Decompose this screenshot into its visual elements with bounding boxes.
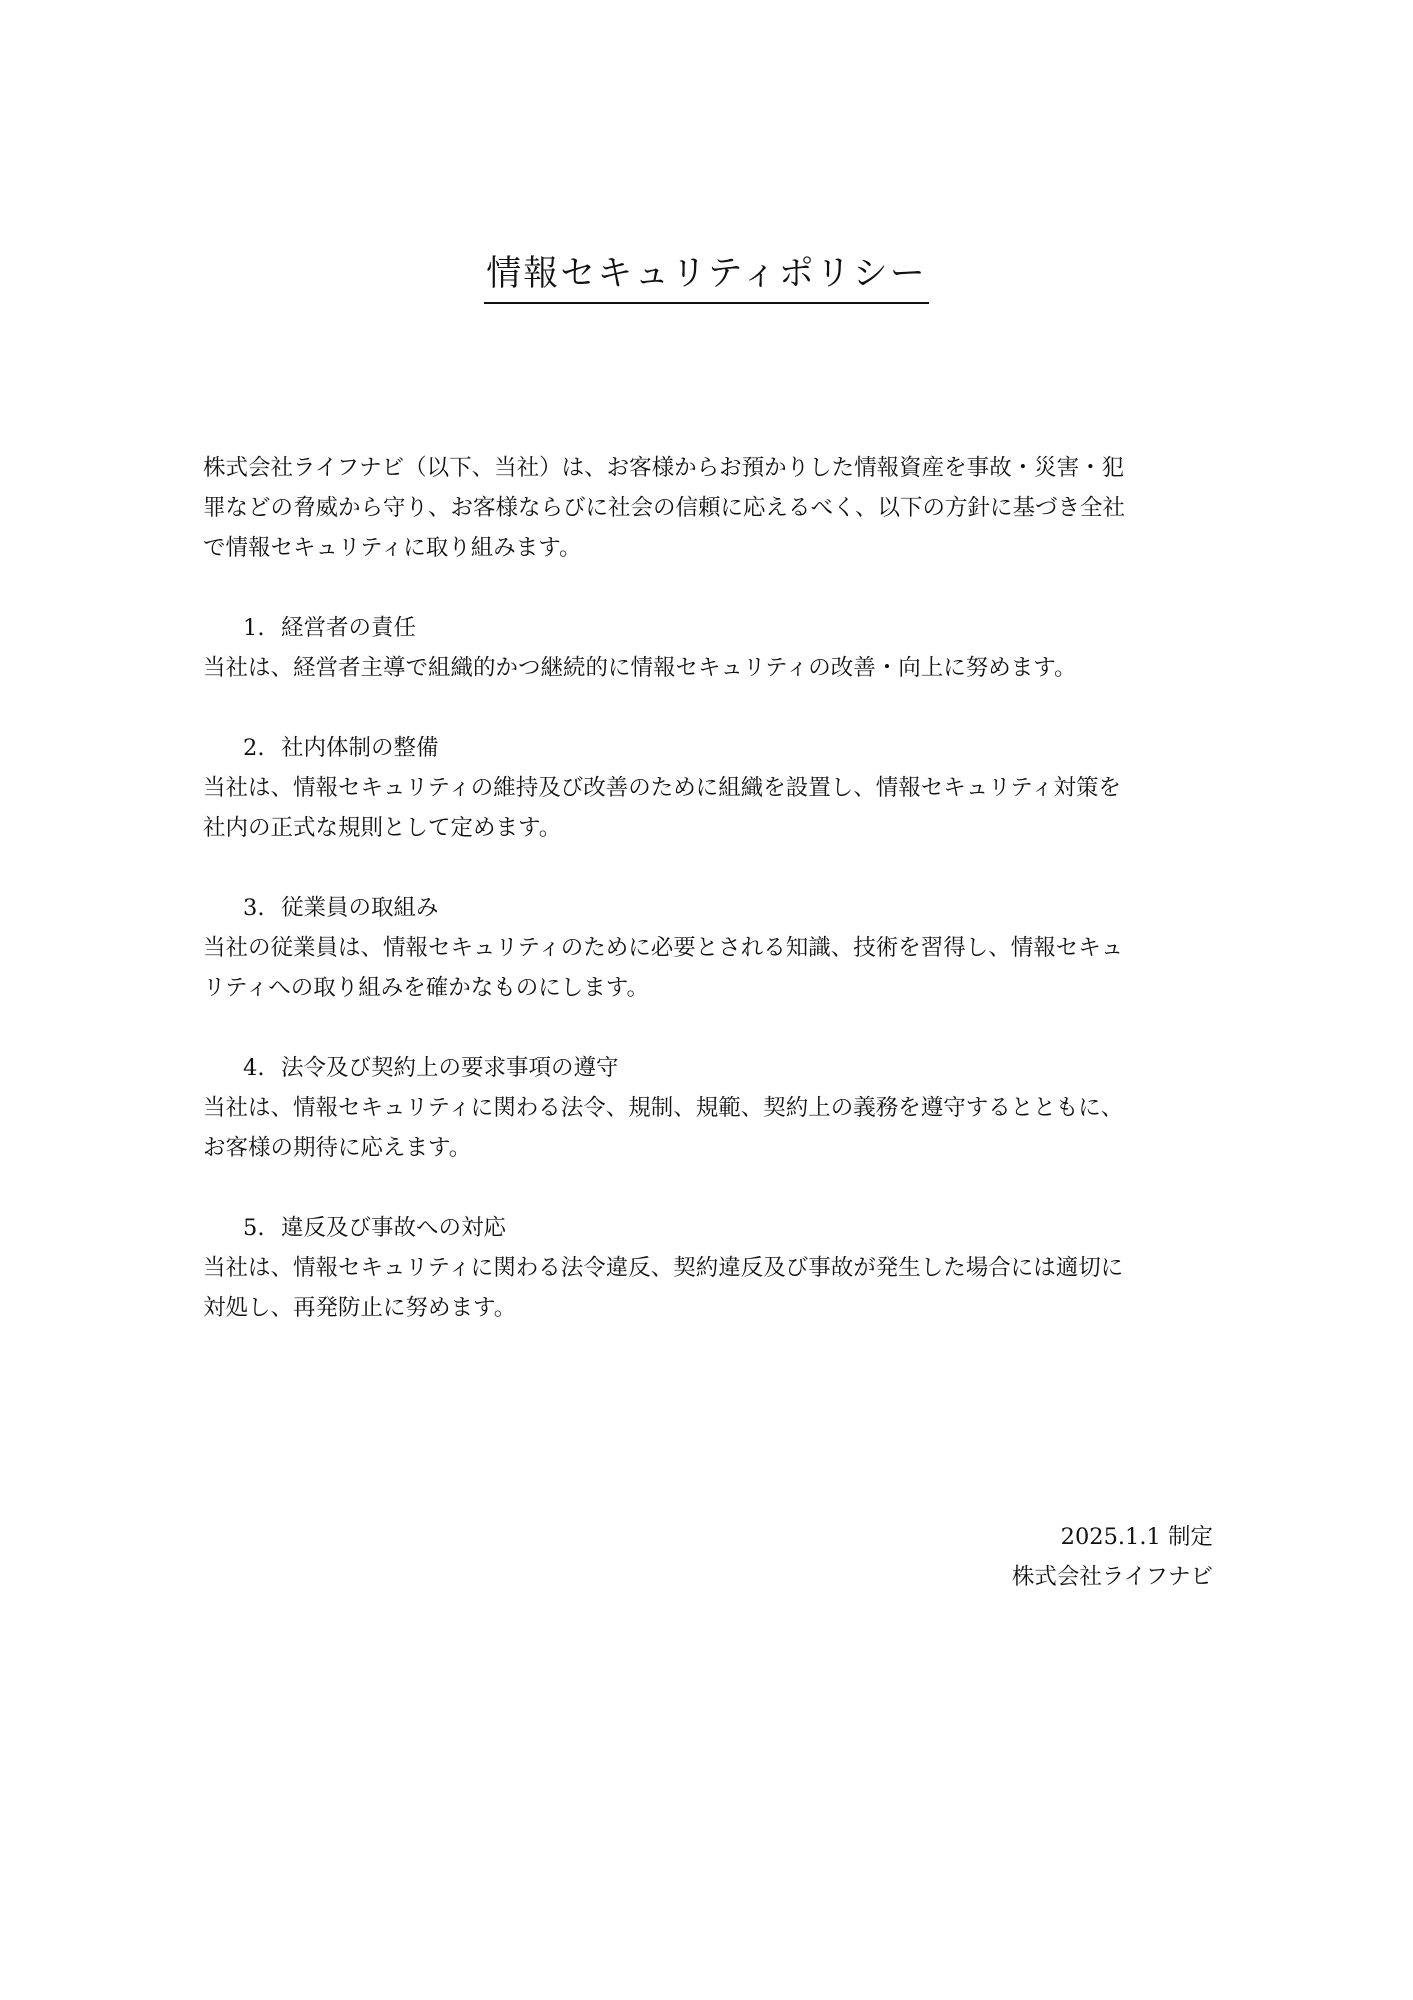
section-number: 2. xyxy=(243,728,281,768)
section-line: 当社の従業員は、情報セキュリティのために必要とされる知識、技術を習得し、情報セキ… xyxy=(203,928,1213,968)
section-heading: 5.違反及び事故への対応 xyxy=(203,1208,1213,1248)
section-number: 5. xyxy=(243,1208,281,1248)
section-line: 当社は、情報セキュリティに関わる法令、規制、規範、契約上の義務を遵守するとともに… xyxy=(203,1088,1213,1128)
section-number: 3. xyxy=(243,888,281,928)
intro-line: 罪などの脅威から守り、お客様ならびに社会の信頼に応えるべく、以下の方針に基づき全… xyxy=(203,488,1213,528)
section-line: 当社は、情報セキュリティの維持及び改善のために組織を設置し、情報セキュリティ対策… xyxy=(203,768,1213,808)
section-heading-text: 経営者の責任 xyxy=(281,615,416,641)
section-line: 対処し、再発防止に努めます。 xyxy=(203,1288,1213,1328)
section-line: リティへの取り組みを確かなものにします。 xyxy=(203,968,1213,1008)
enactment-date: 2025.1.1 制定 xyxy=(1012,1517,1213,1557)
section-heading-text: 社内体制の整備 xyxy=(281,735,439,761)
section-heading: 3.従業員の取組み xyxy=(203,888,1213,928)
section-heading-text: 法令及び契約上の要求事項の遵守 xyxy=(281,1055,619,1081)
section-heading: 2.社内体制の整備 xyxy=(203,728,1213,768)
section-internal-structure: 2.社内体制の整備 当社は、情報セキュリティの維持及び改善のために組織を設置し、… xyxy=(203,728,1213,848)
section-number: 1. xyxy=(243,608,281,648)
company-name: 株式会社ライフナビ xyxy=(1012,1557,1213,1597)
intro-line: で情報セキュリティに取り組みます。 xyxy=(203,528,1213,568)
section-management-responsibility: 1.経営者の責任 当社は、経営者主導で組織的かつ継続的に情報セキュリティの改善・… xyxy=(203,608,1213,688)
document-footer: 2025.1.1 制定 株式会社ライフナビ xyxy=(1012,1517,1213,1597)
intro-paragraph: 株式会社ライフナビ（以下、当社）は、お客様からお預かりした情報資産を事故・災害・… xyxy=(203,448,1213,568)
section-line: お客様の期待に応えます。 xyxy=(203,1128,1213,1168)
section-line: 当社は、経営者主導で組織的かつ継続的に情報セキュリティの改善・向上に努めます。 xyxy=(203,648,1213,688)
section-heading-text: 従業員の取組み xyxy=(281,895,439,921)
intro-line: 株式会社ライフナビ（以下、当社）は、お客様からお預かりした情報資産を事故・災害・… xyxy=(203,448,1213,488)
section-heading: 4.法令及び契約上の要求事項の遵守 xyxy=(203,1048,1213,1088)
section-heading: 1.経営者の責任 xyxy=(203,608,1213,648)
section-legal-compliance: 4.法令及び契約上の要求事項の遵守 当社は、情報セキュリティに関わる法令、規制、… xyxy=(203,1048,1213,1168)
document-title: 情報セキュリティポリシー xyxy=(484,252,929,304)
section-heading-text: 違反及び事故への対応 xyxy=(281,1215,506,1241)
section-line: 当社は、情報セキュリティに関わる法令違反、契約違反及び事故が発生した場合には適切… xyxy=(203,1248,1213,1288)
section-number: 4. xyxy=(243,1048,281,1088)
section-employee-efforts: 3.従業員の取組み 当社の従業員は、情報セキュリティのために必要とされる知識、技… xyxy=(203,888,1213,1008)
document-title-container: 情報セキュリティポリシー xyxy=(0,252,1413,304)
section-incident-response: 5.違反及び事故への対応 当社は、情報セキュリティに関わる法令違反、契約違反及び… xyxy=(203,1208,1213,1328)
document-body: 株式会社ライフナビ（以下、当社）は、お客様からお預かりした情報資産を事故・災害・… xyxy=(203,448,1213,1368)
section-line: 社内の正式な規則として定めます。 xyxy=(203,808,1213,848)
